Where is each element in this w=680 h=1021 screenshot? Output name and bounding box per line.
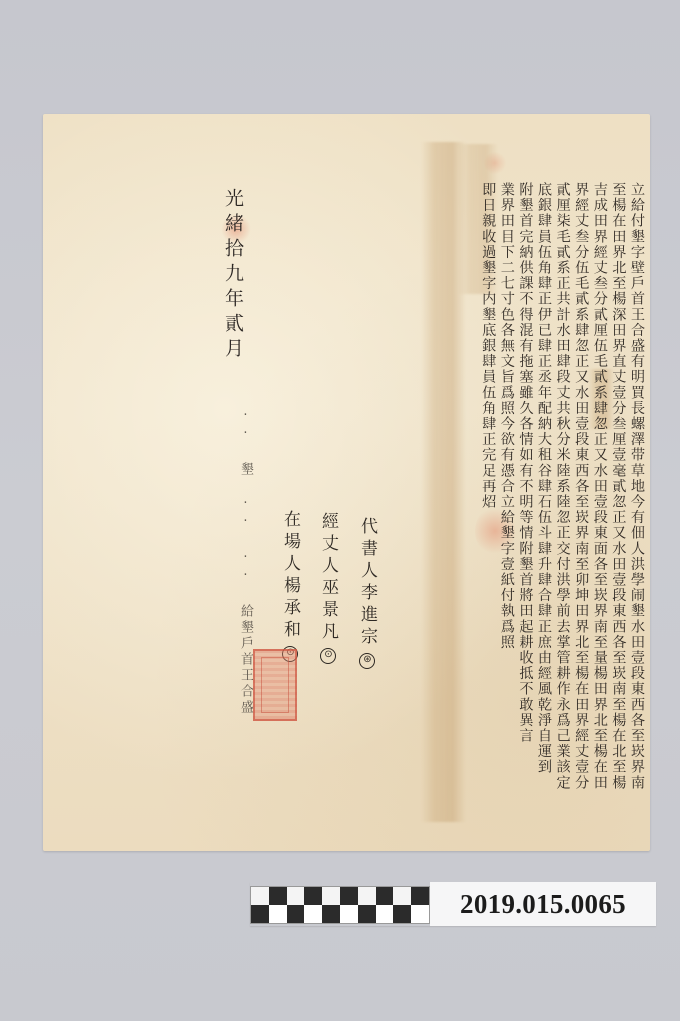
deed-body-line: 業界田目下二七寸色各無文旨爲照今欲有憑合立給墾字壹紙付執爲照	[497, 182, 514, 852]
signature-mark-icon: ⊛	[359, 653, 375, 669]
deed-body-line: 附墾首完納供課不得混有拖塞雖久各情如有不明等情附墾首將田起耕收抵不敢異言	[516, 182, 533, 852]
signatory-scribe: 代書人李進宗⊛	[358, 517, 375, 669]
signatory-role: 經丈人	[318, 512, 338, 578]
deed-body-line: 界經丈叁分伍毛貳系肆忽正又水田壹段東西各至崁界南至卯坤田界北至楊在田界經丈壹分	[572, 182, 589, 852]
deed-body-line: 貳厘柒毛貳系正共計水田肆段丈共秋分米陸系陸忽正交付洪學前去掌管耕作永爲己業該定	[553, 182, 570, 852]
vermilion-seal-icon	[253, 649, 297, 721]
signatory-name: 楊承和	[280, 576, 300, 642]
signatory-name: 李進宗	[357, 583, 377, 649]
signatory-surveyor: 經丈人巫景凡⊙	[319, 512, 336, 664]
seal-border	[261, 657, 289, 713]
checker-scale-icon	[250, 886, 430, 924]
deed-paper: 光緒拾九年貳月 立給付墾字壁戶首王合盛有明買長螺澤带草地今有佃人洪學闹墾水田壹段…	[43, 114, 650, 851]
deed-body-line: 即日親收過墾字内墾底銀肆員伍角肆正完足再炤	[479, 182, 496, 852]
deed-body: 立給付墾字壁戶首王合盛有明買長螺澤带草地今有佃人洪學闹墾水田壹段東西各至崁界南 …	[479, 182, 644, 852]
signatory-role: ·· 墾 ·· ·· 給墾戶首	[238, 408, 253, 668]
signatory-grantor: ·· 墾 ·· ·· 給墾戶首王合盛	[239, 408, 252, 716]
deed-body-line: 底銀肆員伍角肆正伊已肆正丞年配納大租谷肆石伍斗肆升肆合肆正庶由經風乾淨自運到	[534, 182, 551, 852]
signatory-role: 代書人	[357, 517, 377, 583]
signatory-role: 在場人	[280, 510, 300, 576]
signatory-name: 王合盛	[238, 668, 253, 716]
signatory-name: 巫景凡	[318, 578, 338, 644]
deed-date: 光緒拾九年貳月	[223, 188, 242, 363]
deed-body-line: 至楊在田界北至楊深田界直丈壹分叁厘壹毫貳忽正又水田壹段東西各至崁南至楊在北至楊	[609, 182, 626, 852]
deed-body-line: 立給付墾字壁戶首王合盛有明買長螺澤带草地今有佃人洪學闹墾水田壹段東西各至崁界南	[627, 182, 644, 852]
catalog-label: 2019.015.0065	[250, 882, 656, 926]
signatory-witness: 在場人楊承和⊙	[281, 510, 298, 662]
seal-ink-blot	[483, 152, 507, 174]
deed-body-line: 吉成田界經丈叁分貳厘伍毛貳系肆忽正又水田壹段東面各至崁界南至量楊田界北至楊在田	[590, 182, 607, 852]
catalog-number: 2019.015.0065	[430, 882, 656, 926]
signature-mark-icon: ⊙	[320, 648, 336, 664]
